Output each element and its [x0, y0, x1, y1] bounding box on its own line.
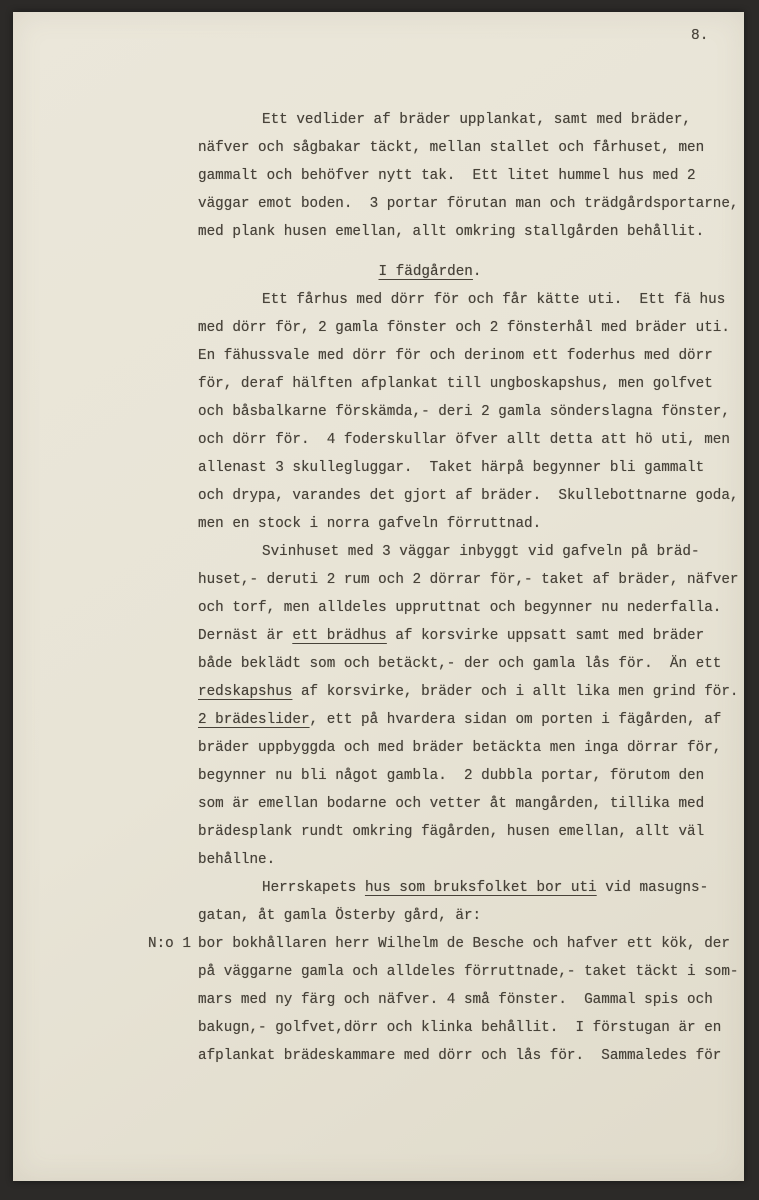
text-line: och torf, men alldeles uppruttnat och be… [198, 594, 754, 622]
text-line: N:o 1bor bokhållaren herr Wilhelm de Bes… [198, 930, 754, 958]
paper-page: 8. Ett vedlider af bräder upplankat, sam… [13, 12, 744, 1181]
text-line: Svinhuset med 3 väggar inbyggt vid gafve… [198, 538, 754, 566]
text-segment: begynner nu bli något gambla. 2 dubbla p… [198, 768, 704, 784]
text-line: både beklädt som och betäckt,- der och g… [198, 650, 754, 678]
text-segment: En fähussvale med dörr för och derinom e… [198, 348, 713, 364]
text-line: afplankat brädeskammare med dörr och lås… [198, 1042, 754, 1070]
text-segment: och torf, men alldeles uppruttnat och be… [198, 600, 721, 616]
underlined-phrase: redskapshus [198, 684, 292, 700]
underlined-phrase: I fädgården [379, 264, 473, 280]
text-line: och drypa, varandes det gjort af bräder.… [198, 482, 754, 510]
text-line: bräder uppbyggda och med bräder betäckta… [198, 734, 754, 762]
text-segment: Ett vedlider af bräder upplankat, samt m… [262, 112, 691, 128]
text-line: Dernäst är ett brädhus af korsvirke upps… [198, 622, 754, 650]
text-segment: näfver och sågbakar täckt, mellan stalle… [198, 140, 704, 156]
text-segment: men en stock i norra gafveln förruttnad. [198, 516, 541, 532]
text-segment: af korsvirke, bräder och i allt lika men… [292, 684, 738, 700]
text-segment: af korsvirke uppsatt samt med bräder [387, 628, 704, 644]
text-line: gatan, åt gamla Österby gård, är: [198, 902, 754, 930]
text-segment: för, deraf hälften afplankat till ungbos… [198, 376, 713, 392]
text-line: men en stock i norra gafveln förruttnad. [198, 510, 754, 538]
text-line: och dörr för. 4 foderskullar öfver allt … [198, 426, 754, 454]
text-segment: och båsbalkarne förskämda,- deri 2 gamla… [198, 404, 730, 420]
text-line: väggar emot boden. 3 portar förutan man … [198, 190, 754, 218]
text-line: 2 brädeslider, ett på hvardera sidan om … [198, 706, 754, 734]
text-segment: Dernäst är [198, 628, 292, 644]
text-line: begynner nu bli något gambla. 2 dubbla p… [198, 762, 754, 790]
document-text: Ett vedlider af bräder upplankat, samt m… [198, 106, 754, 1070]
text-segment: bräder uppbyggda och med bräder betäckta… [198, 740, 721, 756]
text-segment: gatan, åt gamla Österby gård, är: [198, 908, 481, 924]
text-segment: och drypa, varandes det gjort af bräder.… [198, 488, 739, 504]
scan-background: { "page": { "number": "8.", "language": … [0, 0, 759, 1200]
text-segment: väggar emot boden. 3 portar förutan man … [198, 196, 739, 212]
text-segment: vid masugns- [597, 880, 709, 896]
text-line: med plank husen emellan, allt omkring st… [198, 218, 754, 246]
text-segment: , ett på hvardera sidan om porten i fägå… [310, 712, 722, 728]
text-segment: på väggarne gamla och alldeles förruttna… [198, 964, 739, 980]
text-line: och båsbalkarne förskämda,- deri 2 gamla… [198, 398, 754, 426]
text-line: brädesplank rundt omkring fägården, huse… [198, 818, 754, 846]
text-segment: Ett fårhus med dörr för och får kätte ut… [262, 292, 725, 308]
text-segment: och dörr för. 4 foderskullar öfver allt … [198, 432, 730, 448]
text-segment: . [473, 264, 482, 280]
text-line: mars med ny färg och näfver. 4 små fönst… [198, 986, 754, 1014]
text-line: En fähussvale med dörr för och derinom e… [198, 342, 754, 370]
section-heading: I fädgården. [152, 258, 708, 286]
text-line: Ett fårhus med dörr för och får kätte ut… [198, 286, 754, 314]
text-line: för, deraf hälften afplankat till ungbos… [198, 370, 754, 398]
underlined-phrase: hus som bruksfolket bor uti [365, 880, 597, 896]
text-segment: Svinhuset med 3 väggar inbyggt vid gafve… [262, 544, 700, 560]
text-segment: med dörr för, 2 gamla fönster och 2 föns… [198, 320, 730, 336]
underlined-phrase: ett brädhus [292, 628, 386, 644]
text-segment: allenast 3 skullegluggar. Taket härpå be… [198, 460, 704, 476]
text-segment: bakugn,- golfvet,dörr och klinka behålli… [198, 1020, 721, 1036]
margin-label: N:o 1 [148, 930, 191, 958]
underlined-phrase: 2 brädeslider [198, 712, 310, 728]
text-line: Herrskapets hus som bruksfolket bor uti … [198, 874, 754, 902]
text-line: näfver och sågbakar täckt, mellan stalle… [198, 134, 754, 162]
text-line: med dörr för, 2 gamla fönster och 2 föns… [198, 314, 754, 342]
text-line: allenast 3 skullegluggar. Taket härpå be… [198, 454, 754, 482]
text-segment: som är emellan bodarne och vetter åt man… [198, 796, 704, 812]
text-line: på väggarne gamla och alldeles förruttna… [198, 958, 754, 986]
text-segment: både beklädt som och betäckt,- der och g… [198, 656, 721, 672]
text-segment: huset,- deruti 2 rum och 2 dörrar för,- … [198, 572, 739, 588]
text-segment: afplankat brädeskammare med dörr och lås… [198, 1048, 721, 1064]
text-segment: med plank husen emellan, allt omkring st… [198, 224, 704, 240]
text-segment: Herrskapets [262, 880, 365, 896]
text-segment: mars med ny färg och näfver. 4 små fönst… [198, 992, 713, 1008]
text-segment: bor bokhållaren herr Wilhelm de Besche o… [198, 936, 730, 952]
text-line: gammalt och behöfver nytt tak. Ett litet… [198, 162, 754, 190]
text-line: Ett vedlider af bräder upplankat, samt m… [198, 106, 754, 134]
text-line: behållne. [198, 846, 754, 874]
text-line: redskapshus af korsvirke, bräder och i a… [198, 678, 754, 706]
text-line: som är emellan bodarne och vetter åt man… [198, 790, 754, 818]
page-number: 8. [691, 28, 708, 44]
text-segment: gammalt och behöfver nytt tak. Ett litet… [198, 168, 696, 184]
text-segment: behållne. [198, 852, 275, 868]
text-line: huset,- deruti 2 rum och 2 dörrar för,- … [198, 566, 754, 594]
text-segment: brädesplank rundt omkring fägården, huse… [198, 824, 704, 840]
text-line: bakugn,- golfvet,dörr och klinka behålli… [198, 1014, 754, 1042]
